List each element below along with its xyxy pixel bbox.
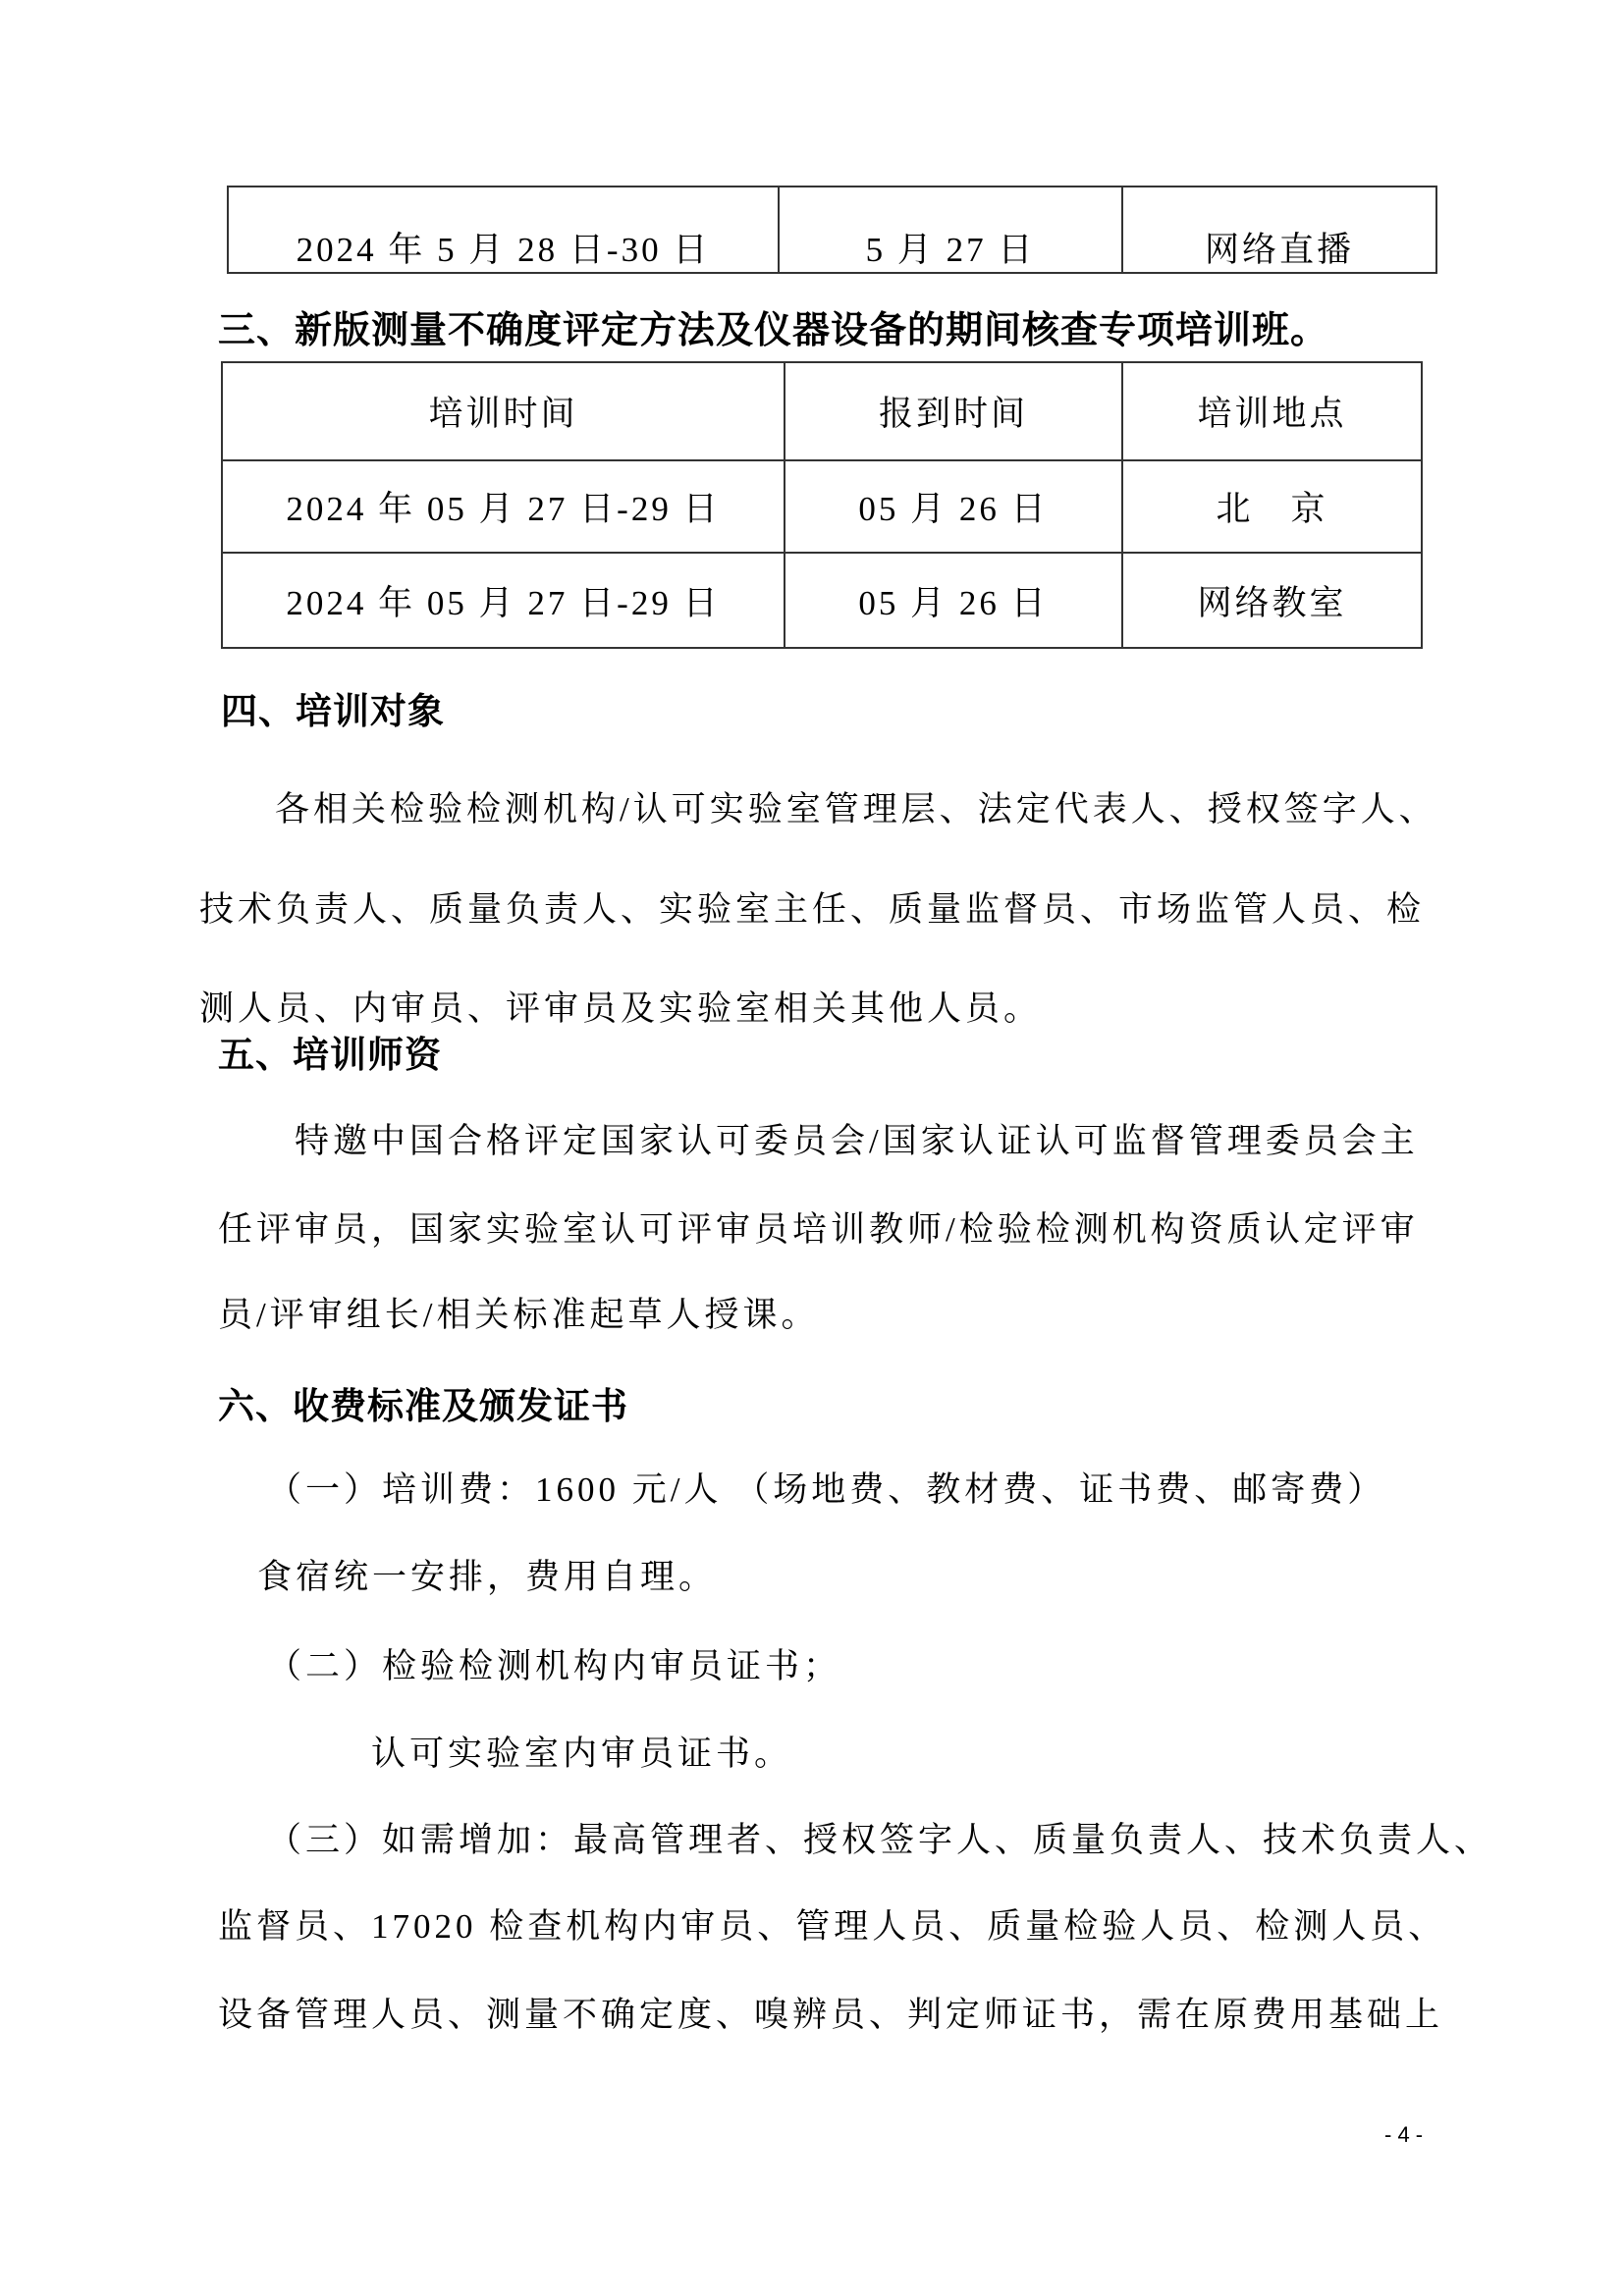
section-4-text-line: 测人员、内审员、评审员及实验室相关其他人员。: [199, 988, 1042, 1031]
table-cell-training-time: 2024 年 05 月 27 日-29 日: [222, 460, 785, 553]
certificate-item-2-line: 认可实验室内审员证书。: [371, 1733, 792, 1776]
table-cell-location: 网络直播: [1122, 187, 1436, 273]
table-header-row: 培训时间 报到时间 培训地点: [222, 362, 1422, 460]
table-cell-registration-date: 5 月 27 日: [779, 187, 1122, 273]
training-schedule-table: 培训时间 报到时间 培训地点 2024 年 05 月 27 日-29 日 05 …: [221, 361, 1423, 649]
section-5-text-line: 特邀中国合格评定国家认可委员会/国家认证认可监督管理委员会主: [295, 1120, 1419, 1163]
page-number: - 4 -: [1384, 2122, 1423, 2148]
table-row: 2024 年 05 月 27 日-29 日 05 月 26 日 北 京: [222, 460, 1422, 553]
fee-item-1-line: （一）培训费：1600 元/人 （场地费、教材费、证书费、邮寄费）: [267, 1468, 1385, 1512]
section-5-text-line: 任评审员，国家实验室认可评审员培训教师/检验检测机构资质认定评审: [218, 1208, 1419, 1252]
certificate-item-3-line: 监督员、17020 检查机构内审员、管理人员、质量检验人员、检测人员、: [218, 1905, 1446, 1949]
header-training-time: 培训时间: [222, 362, 785, 460]
table-cell-location: 网络教室: [1122, 553, 1422, 648]
section-4-heading: 四、培训对象: [221, 690, 445, 733]
table-row: 2024 年 05 月 27 日-29 日 05 月 26 日 网络教室: [222, 553, 1422, 648]
table-cell-registration-time: 05 月 26 日: [785, 553, 1122, 648]
section-3-heading: 三、新版测量不确度评定方法及仪器设备的期间核查专项培训班。: [218, 308, 1328, 351]
schedule-table-continued: 2024 年 5 月 28 日-30 日 5 月 27 日 网络直播: [227, 186, 1437, 274]
section-4-text-line: 各相关检验检测机构/认可实验室管理层、法定代表人、授权签字人、: [275, 788, 1437, 831]
certificate-item-3-line: （三）如需增加：最高管理者、授权签字人、质量负责人、技术负责人、: [267, 1819, 1492, 1862]
header-registration-time: 报到时间: [785, 362, 1122, 460]
table-cell-registration-time: 05 月 26 日: [785, 460, 1122, 553]
fee-item-1-note: 食宿统一安排，费用自理。: [257, 1556, 717, 1599]
certificate-item-3-line: 设备管理人员、测量不确定度、嗅辨员、判定师证书，需在原费用基础上: [218, 1994, 1443, 2037]
table-cell-location: 北 京: [1122, 460, 1422, 553]
table-cell-training-time: 2024 年 05 月 27 日-29 日: [222, 553, 785, 648]
section-5-text-line: 员/评审组长/相关标准起草人授课。: [218, 1294, 819, 1337]
certificate-item-2-line: （二）检验检测机构内审员证书；: [267, 1645, 841, 1688]
section-4-text-line: 技术负责人、质量负责人、实验室主任、质量监督员、市场监管人员、检: [199, 888, 1425, 932]
table-row: 2024 年 5 月 28 日-30 日 5 月 27 日 网络直播: [228, 187, 1436, 273]
header-training-location: 培训地点: [1122, 362, 1422, 460]
table-cell-training-date: 2024 年 5 月 28 日-30 日: [228, 187, 779, 273]
section-6-heading: 六、收费标准及颁发证书: [218, 1385, 628, 1428]
section-5-heading: 五、培训师资: [218, 1034, 442, 1077]
